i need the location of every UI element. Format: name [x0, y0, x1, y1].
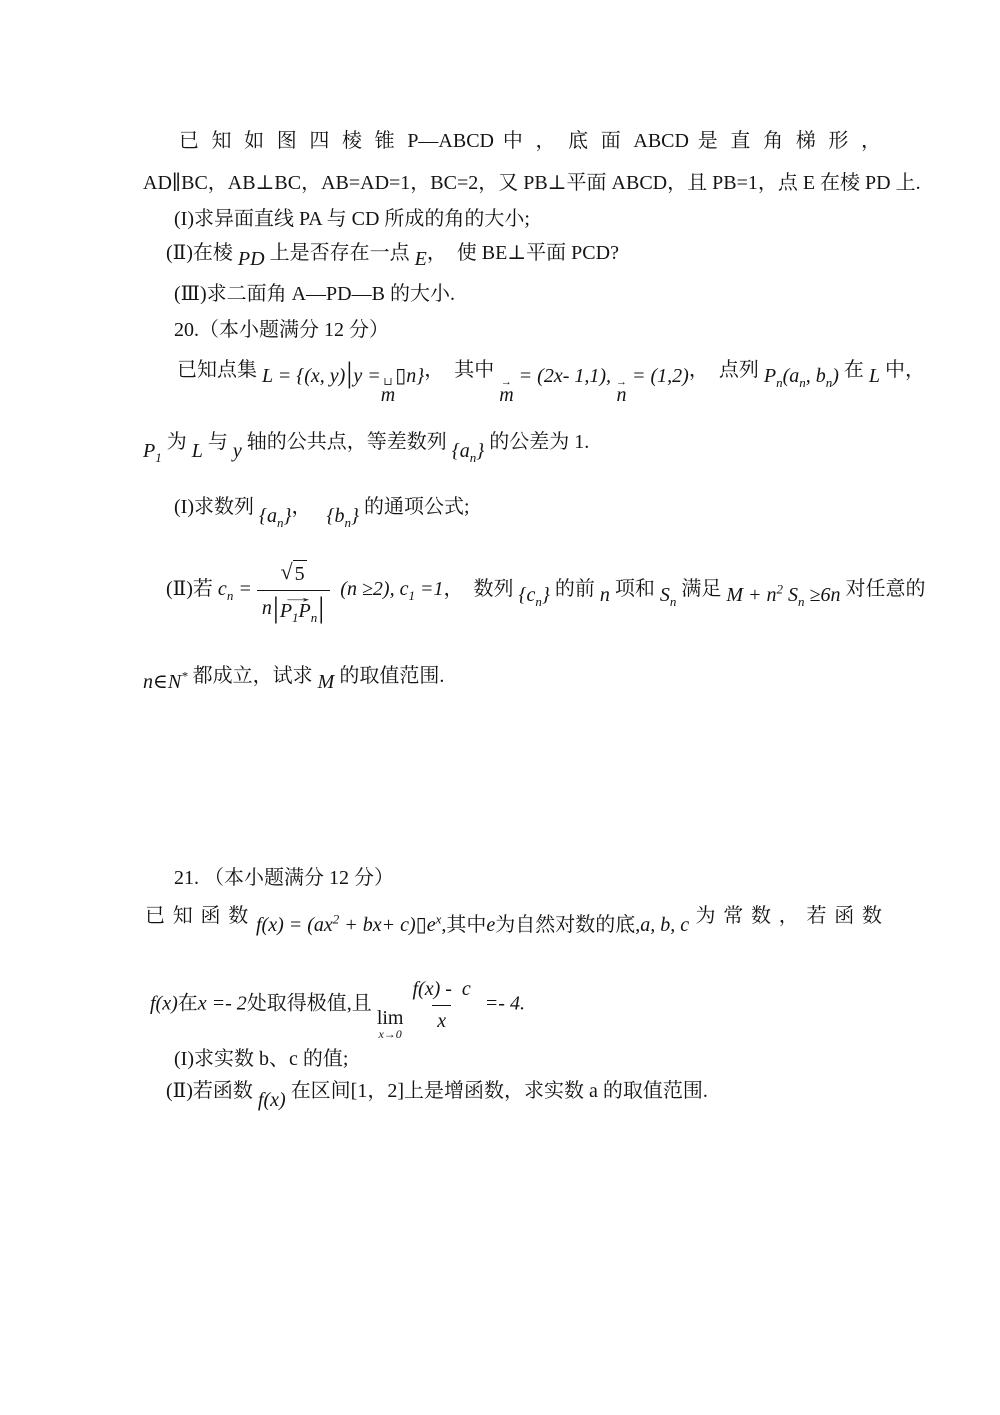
- q19-stem-line-1: 已 知 如 图 四 棱 锥 P—ABCD 中 ， 底 面 ABCD 是 直 角 …: [145, 128, 881, 154]
- abs-bar: |: [317, 593, 325, 623]
- q21-stem-line-2: f(x)在x =- 2处取得极值,且 limx→0f(x) - cx =- 4.: [150, 976, 525, 1040]
- q20-header: 20.（本小题满分 12 分）: [174, 317, 389, 343]
- math-x-value: x =- 2: [198, 993, 247, 1015]
- math-point-P1: P1: [143, 438, 162, 464]
- limit-subscript: x→0: [378, 1028, 401, 1040]
- math-point-sequence-Pn: Pn(an, bn): [764, 363, 839, 389]
- math-point-e: E: [415, 246, 427, 272]
- q20-stem-line-1: 已知点集 L = {(x, y)|y =⊔m▯n}， 其中 →m = (2x- …: [177, 352, 925, 399]
- math-inequality: M + n2 Sn ≥6n: [726, 582, 840, 608]
- math-m-with-cup: ⊔m: [381, 379, 395, 405]
- q20-header-text: 20.（本小题满分 12 分）: [174, 319, 389, 341]
- q19-stem-text-1: 已 知 如 图 四 棱 锥 P—ABCD 中 ， 底 面 ABCD 是 直 角 …: [175, 130, 881, 152]
- math-set-L: L: [192, 438, 203, 464]
- math-n-in-N-star: n∈N*: [143, 669, 188, 695]
- q21-stem-text-2: 为自然对数的底,: [495, 914, 640, 936]
- q20-part-1: (I)求数列 {an}， {bn} 的通项公式;: [174, 494, 470, 520]
- q21-part-2-pre: (Ⅱ)若函数: [166, 1080, 258, 1102]
- q21-stem-intro: 已 知 函 数: [145, 905, 256, 927]
- q21-part-2: (Ⅱ)若函数 f(x) 在区间[1，2]上是增函数，求实数 a 的取值范围.: [166, 1078, 708, 1104]
- q21-stem2-text-1: 在: [178, 993, 198, 1015]
- q19-part-1: (I)求异面直线 PA 与 CD 所成的角的大小;: [174, 206, 530, 232]
- math-vector-m: →m = (2x- 1,1), →n = (1,2): [499, 363, 689, 405]
- q19-part-3-text: (Ⅲ)求二面角 A—PD—B 的大小.: [174, 283, 455, 305]
- radical-sign: √: [281, 558, 293, 587]
- math-sequence-an: {an}: [452, 438, 485, 464]
- q21-header-text: 21. （本小题满分 12 分）: [174, 867, 394, 889]
- q19-part-2-post: ， 使 BE⊥平面 PCD?: [427, 242, 619, 264]
- q20-part-2-pre: (Ⅱ)若: [166, 578, 218, 600]
- fraction-limit: f(x) - cx: [408, 976, 474, 1034]
- q21-part-1: (I)求实数 b、c 的值;: [174, 1046, 348, 1072]
- math-y-axis: y: [233, 438, 242, 464]
- q20-stem-intro: 已知点集: [177, 359, 262, 381]
- math-M: M: [318, 669, 335, 695]
- math-cn: cn =: [218, 578, 252, 600]
- q21-header: 21. （本小题满分 12 分）: [174, 865, 394, 891]
- vector-P1Pn-stack: →P1Pn: [280, 594, 317, 621]
- fraction-numerator: √5: [277, 558, 311, 590]
- math-sequence-bn: {bn}: [326, 503, 359, 529]
- q21-part-2-post: 在区间[1，2]上是增函数，求实数 a 的取值范围.: [286, 1080, 708, 1102]
- q20-part-1-pre: (I)求数列: [174, 496, 259, 518]
- missing-glyph-box: ▯: [416, 914, 427, 936]
- limit-operator: limx→0: [377, 1008, 404, 1040]
- q20-stem2-text-1: 为: [162, 431, 192, 453]
- vector-arrow-icon: →: [280, 594, 316, 601]
- math-Sn: Sn: [660, 582, 677, 608]
- math-sequence-cn: {cn}: [518, 582, 549, 608]
- q21-stem-text-1: ,其中: [441, 914, 486, 936]
- q20-part-2-line-2: n∈N* 都成立，试求 M 的取值范围.: [143, 663, 444, 689]
- math-equals-minus-4: =- 4.: [480, 993, 525, 1015]
- fraction-denominator: n|→P1Pn|: [257, 590, 330, 623]
- vector-n-stack: →n: [616, 379, 627, 405]
- q19-part-3: (Ⅲ)求二面角 A—PD—B 的大小.: [174, 281, 455, 307]
- q20-stem2-text-3: 轴的公共点，等差数列: [242, 431, 452, 453]
- fraction-numerator: f(x) - c: [408, 976, 474, 1005]
- q20-part-2-mid-2: 的前: [550, 578, 600, 600]
- math-fx: f(x): [150, 993, 178, 1015]
- math-condition-n: (n ≥2),: [335, 578, 399, 600]
- math-segment-pd: PD: [238, 246, 265, 272]
- abs-bar: |: [272, 593, 280, 623]
- math-set-L-definition: L = {(x, y)|y =⊔m▯n}: [262, 358, 424, 405]
- q20-stem-sep-2: ， 点列: [689, 359, 764, 381]
- math-n: n: [600, 582, 610, 608]
- fraction-cn-formula: √5n|→P1Pn|: [257, 558, 330, 623]
- q20-stem-line-2: P1 为 L 与 y 轴的公共点，等差数列 {an} 的公差为 1.: [143, 429, 589, 455]
- q19-part-2-mid: 上是否存在一点: [265, 242, 415, 264]
- vector-m-stack: →m: [499, 379, 513, 405]
- q20-part-2-post: 对任意的: [841, 578, 926, 600]
- q20-stem2-text-4: 的公差为 1.: [484, 431, 589, 453]
- q21-part-1-text: (I)求实数 b、c 的值;: [174, 1048, 348, 1070]
- math-abc: a, b, c: [640, 914, 689, 936]
- q20-part-2b-text-1: 都成立，试求: [188, 665, 318, 687]
- missing-glyph-box: ▯: [395, 365, 406, 387]
- q20-stem2-text-2: 与: [203, 431, 233, 453]
- q20-part-2-mid-1: ， 数列: [443, 578, 518, 600]
- q19-stem-line-2: AD∥BC，AB⊥BC，AB=AD=1，BC=2，又 PB⊥平面 ABCD，且 …: [143, 170, 921, 196]
- q21-stem2-text-2: 处取得极值,且: [247, 993, 377, 1015]
- q20-part-2: (Ⅱ)若 cn =√5n|→P1Pn| (n ≥2), c1 =1， 数列 {c…: [166, 558, 926, 623]
- q20-part-1-post: 的通项公式;: [359, 496, 470, 518]
- math-c1: c1 =1: [400, 578, 444, 600]
- radicand: 5: [293, 560, 307, 587]
- math-sequence-an: {an}: [259, 503, 292, 529]
- q21-stem-end: 为 常 数 ， 若 函 数: [689, 905, 882, 927]
- q19-stem-text-2: AD∥BC，AB⊥BC，AB=AD=1，BC=2，又 PB⊥平面 ABCD，且 …: [143, 172, 921, 194]
- math-fx: f(x): [258, 1087, 286, 1113]
- q20-part-2-mid-4: 满足: [676, 578, 726, 600]
- math-fx-definition: f(x) = (ax2 + bx+ c)▯ex,其中e为自然对数的底,a, b,…: [256, 912, 689, 938]
- q20-stem-zai: 在: [839, 359, 869, 381]
- q19-part-1-text: (I)求异面直线 PA 与 CD 所成的角的大小;: [174, 208, 530, 230]
- q20-part-2-mid-3: 项和: [610, 578, 660, 600]
- q20-stem-end: 中，: [880, 359, 925, 381]
- math-set-L: L: [869, 363, 880, 389]
- q20-part-2b-text-2: 的取值范围.: [334, 665, 444, 687]
- q19-part-2: (Ⅱ)在棱 PD 上是否存在一点 E， 使 BE⊥平面 PCD?: [166, 240, 619, 266]
- q19-part-2-pre: (Ⅱ)在棱: [166, 242, 238, 264]
- q20-stem-sep-1: ， 其中: [424, 359, 499, 381]
- math-e: e: [486, 914, 495, 936]
- q20-part-1-comma: ，: [291, 496, 326, 518]
- fraction-denominator: x: [432, 1005, 451, 1034]
- q21-stem-line-1: 已 知 函 数 f(x) = (ax2 + bx+ c)▯ex,其中e为自然对数…: [145, 903, 882, 929]
